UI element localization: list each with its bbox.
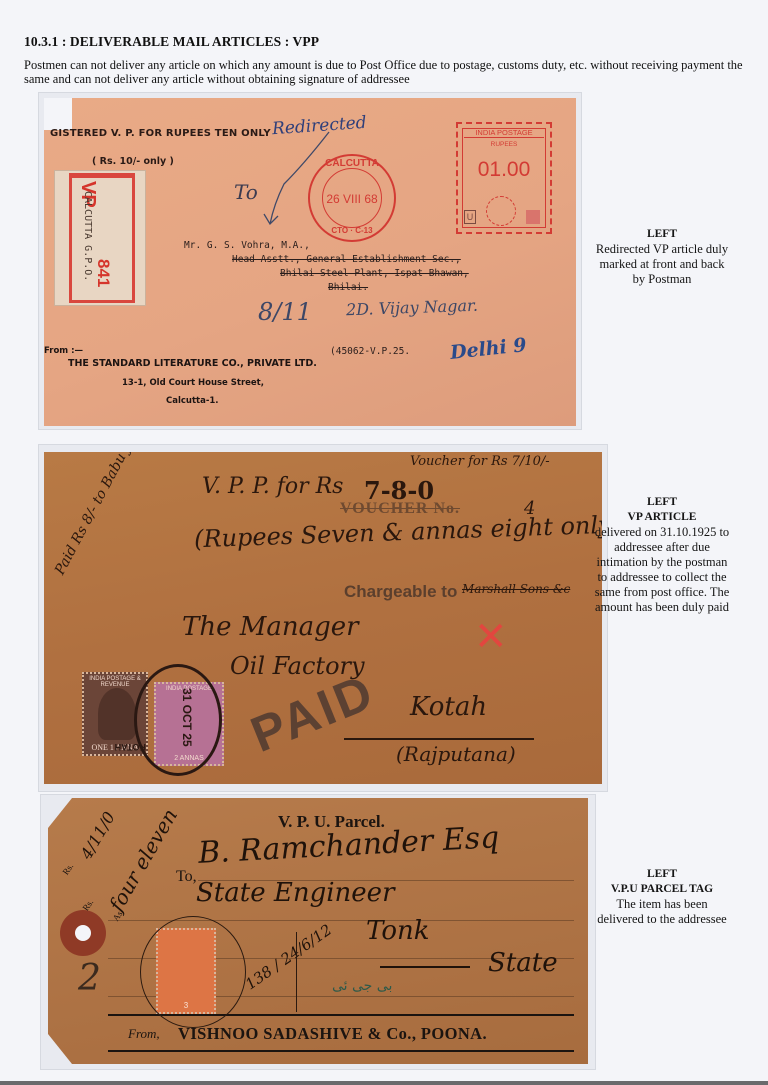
cancellation-ring: [134, 664, 222, 776]
address-line: Mr. G. S. Vohra, M.A.,: [184, 240, 310, 251]
vp-article-cover: Voucher for Rs 7/10/- V. P. P. for Rs 7-…: [44, 452, 602, 784]
underline: [380, 966, 470, 968]
handwritten-rs-amount: 4/11/0: [77, 808, 119, 862]
addressee-line: Kotah: [410, 692, 487, 722]
torn-corner: [44, 98, 72, 130]
voucher-label: VOUCHER No.: [340, 500, 460, 517]
printed-chargeable: Chargeable to: [344, 582, 457, 602]
sender-city: Calcutta-1.: [166, 396, 219, 406]
caption-item-1: LEFT Redirected VP article duly marked a…: [592, 227, 732, 287]
ashoka-wheel-icon: [486, 196, 516, 226]
vp-registration-label: VP CALCUTTA G.P.O. 841: [54, 170, 146, 306]
handwritten-house-no: 8/11: [258, 298, 312, 326]
meter-currency: RUPEES: [458, 141, 550, 148]
sender-firm: VISHNOO SADASHIVE & Co., POONA.: [178, 1024, 487, 1044]
addressee-line: B. Ramchander Esq: [197, 820, 500, 871]
caption-text: The item has been delivered to the addre…: [592, 897, 732, 927]
urdu-notation: ﺑﯽ ﺟﯽ ﺋﯽ: [332, 978, 392, 994]
postage-meter-frank: INDIA POSTAGE RUPEES 01.00 U: [456, 122, 552, 234]
handwritten-paid-note: Paid Rs 8/- to Babu ji: [52, 452, 136, 578]
printed-heading: GISTERED V. P. FOR RUPEES TEN ONLY: [50, 128, 271, 139]
address-line-struck: Head Asstt., General Establishment Sec.,: [232, 254, 461, 265]
cancellation-ring: [140, 916, 246, 1028]
caption-heading: LEFT: [592, 495, 732, 510]
postmark-date: 26 VIII 68: [310, 192, 394, 206]
margin-numeral: 2: [78, 958, 101, 999]
tag-eyelet: [60, 910, 106, 956]
from-label: From,: [128, 1026, 160, 1042]
to-label: To,: [176, 868, 197, 886]
reference-code: (45062-V.P.25.: [330, 346, 410, 357]
scan-edge: [0, 1081, 768, 1085]
addressee-line: Tonk: [366, 916, 429, 946]
printed-voucher-no: VOUCHER No.: [340, 500, 460, 518]
handwritten-city: Delhi 9: [449, 334, 528, 364]
meter-label: INDIA POSTAGE: [464, 128, 544, 138]
cancellation-town: KOTAH: [115, 742, 146, 752]
caption-item-3: LEFT V.P.U PARCEL TAG The item has been …: [592, 867, 732, 927]
addressee-line: State Engineer: [196, 878, 395, 908]
meter-amount: 01.00: [458, 158, 550, 182]
caption-heading: LEFT: [592, 227, 732, 242]
address-line-struck: Bhilai.: [328, 282, 368, 293]
handwritten-street: 2D. Vijay Nagar.: [346, 296, 479, 320]
addressee-line: (Rajputana): [396, 742, 516, 766]
postmark-city: CALCUTTA: [310, 158, 394, 169]
caption-text: Redirected VP article duly marked at fro…: [592, 242, 732, 287]
intro-text: Postmen can not deliver any article on w…: [24, 58, 754, 86]
caption-item-2: LEFT VP ARTICLE delivered on 31.10.1925 …: [592, 495, 732, 615]
vp-label-number: 841: [93, 259, 113, 287]
handwritten-reference: 138 / 24/6/12: [242, 921, 335, 994]
amount-line: ( Rs. 10/- only ): [92, 156, 174, 167]
rs-label: Rs.: [60, 861, 75, 876]
caption-text: delivered on 31.10.1925 to addressee aft…: [592, 525, 732, 615]
from-label: From :—: [44, 346, 83, 356]
handwritten-vpp: V. P. P. for Rs: [202, 474, 343, 499]
stamp-country: INDIA POSTAGE & REVENUE: [84, 676, 146, 688]
redirected-vp-cover: GISTERED V. P. FOR RUPEES TEN ONLY ( Rs.…: [44, 98, 576, 426]
red-cross-mark-icon: ✕: [474, 614, 508, 660]
caption-subheading: V.P.U PARCEL TAG: [592, 882, 732, 897]
underline: [344, 738, 534, 740]
cancellation-date: 31 OCT 25: [180, 688, 194, 747]
handwritten-voucher-note: Voucher for Rs 7/10/-: [410, 454, 550, 469]
ruled-line: [108, 1050, 574, 1052]
eyelet-hole: [75, 925, 91, 941]
divider-line: [296, 932, 297, 1012]
king-portrait-icon: [98, 688, 136, 740]
page-header: 10.3.1 : DELIVERABLE MAIL ARTICLES : VPP…: [24, 34, 754, 86]
vp-label-office: CALCUTTA G.P.O.: [82, 191, 93, 281]
vpu-parcel-tag: V. P. U. Parcel. Rs. Rs. As. 4/11/0 four…: [48, 798, 588, 1064]
handwritten-chargeable: Marshall Sons &c: [462, 582, 570, 596]
calcutta-postmark: CALCUTTA 26 VIII 68 CTO · C-13: [308, 154, 396, 242]
page-title: 10.3.1 : DELIVERABLE MAIL ARTICLES : VPP: [24, 34, 754, 50]
meter-letter: U: [464, 210, 476, 224]
addressee-line: State: [488, 948, 558, 978]
caption-heading: LEFT: [592, 867, 732, 882]
caption-subheading: VP ARTICLE: [592, 510, 732, 525]
meter-serial-block: [526, 210, 540, 224]
sender-name: THE STANDARD LITERATURE CO., PRIVATE LTD…: [68, 358, 317, 369]
address-line-struck: Bhilai Steel Plant, Ispat Bhawan,: [280, 268, 469, 279]
addressee-line: The Manager: [182, 612, 359, 642]
postmark-code: CTO · C-13: [310, 226, 394, 235]
sender-street: 13-1, Old Court House Street,: [122, 378, 264, 388]
